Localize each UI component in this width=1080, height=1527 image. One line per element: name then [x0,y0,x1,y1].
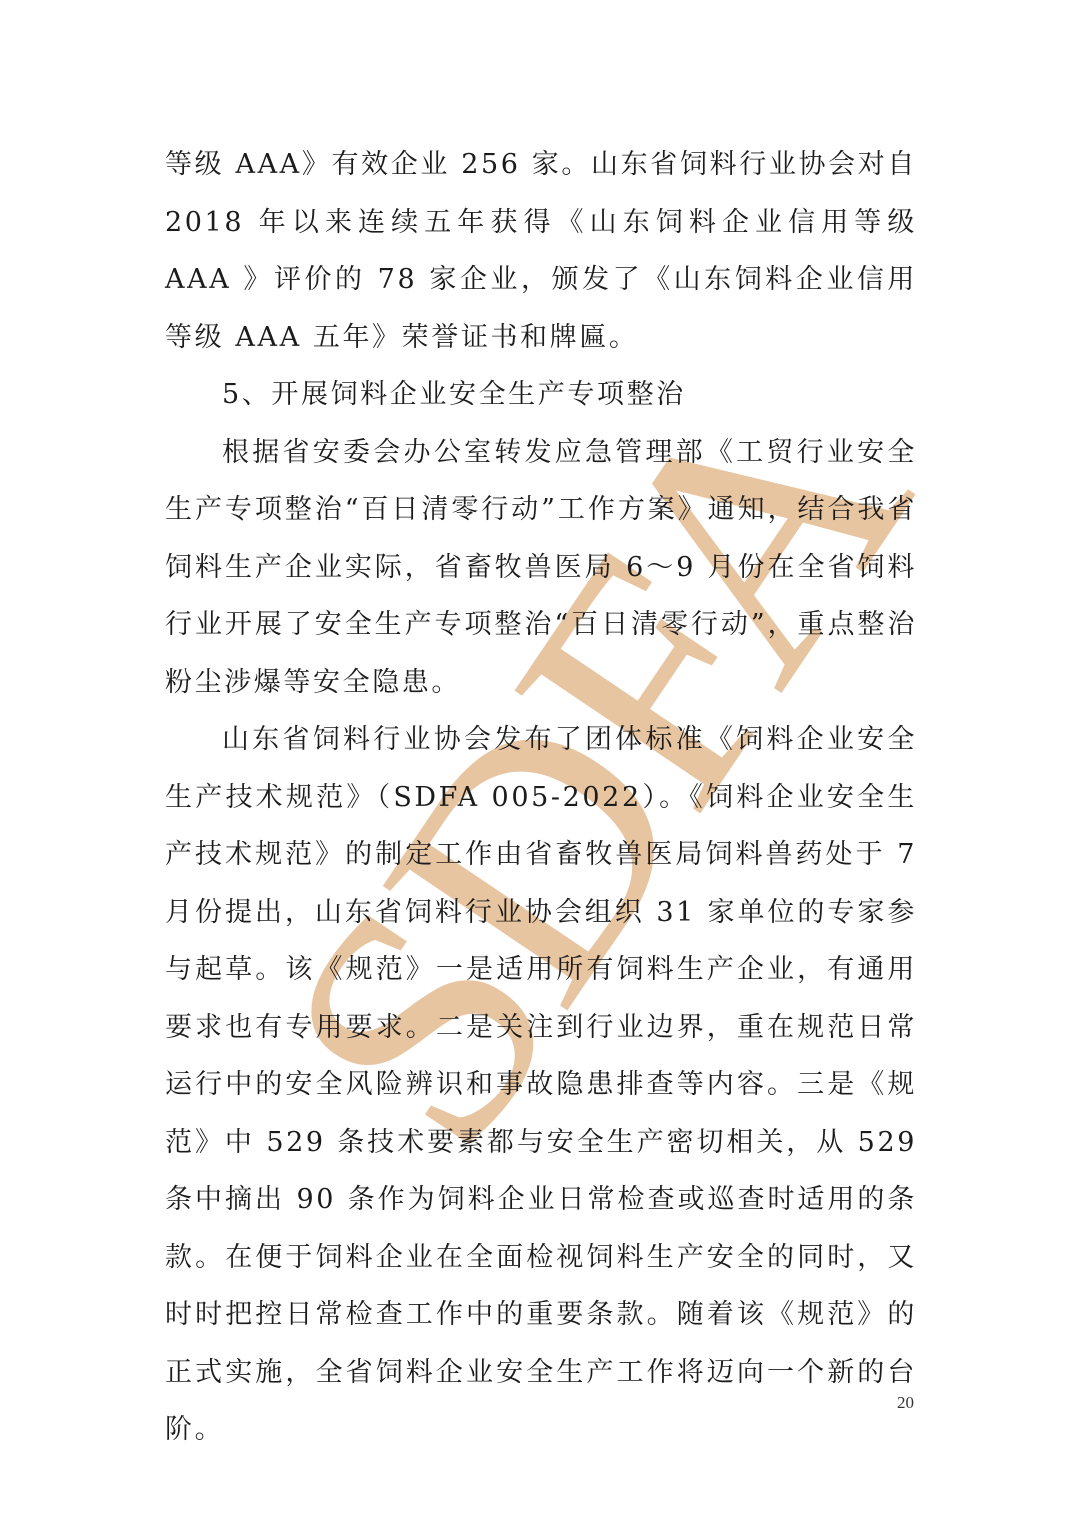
page-number: 20 [897,1393,914,1413]
page-content: 等级 AAA》有效企业 256 家。山东省饲料行业协会对自 2018 年以来连续… [165,136,917,1459]
document-page: SDFA 等级 AAA》有效企业 256 家。山东省饲料行业协会对自 2018 … [0,0,1080,1527]
paragraph-hundred-day-action: 根据省安委会办公室转发应急管理部《工贸行业安全生产专项整治“百日清零行动”工作方… [165,424,917,712]
section-heading-safety-rectification: 5、开展饲料企业安全生产专项整治 [165,366,917,424]
paragraph-aaa-credit-continuation: 等级 AAA》有效企业 256 家。山东省饲料行业协会对自 2018 年以来连续… [165,136,917,366]
paragraph-group-standard: 山东省饲料行业协会发布了团体标准《饲料企业安全生产技术规范》（SDFA 005-… [165,711,917,1459]
